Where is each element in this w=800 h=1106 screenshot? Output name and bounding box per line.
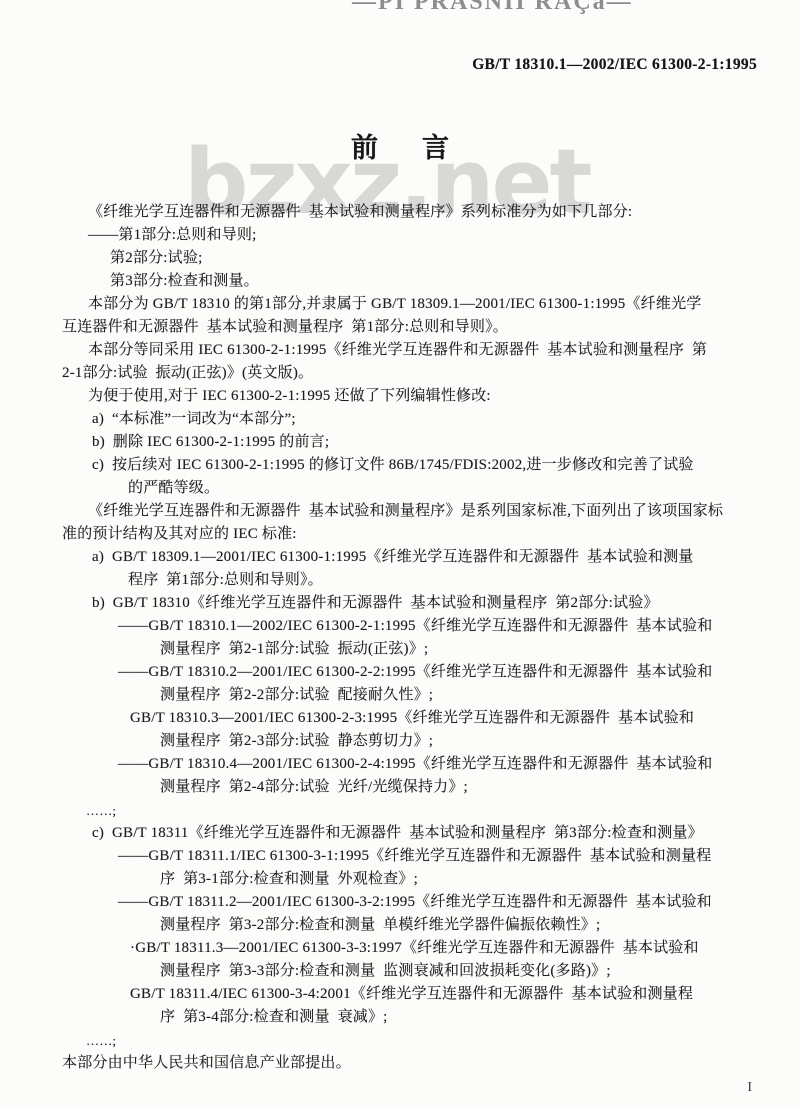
body-line: 第3部分:检查和测量。 (62, 270, 762, 293)
body-line: 本部分由中华人民共和国信息产业部提出。 (62, 1052, 762, 1075)
body-line: ——GB/T 18310.4—2001/IEC 61300-2-4:1995《纤… (62, 753, 762, 776)
body-line: 本部分等同采用 IEC 61300-2-1:1995《纤维光学互连器件和无源器件… (62, 339, 762, 362)
page-title: 前 言 (0, 126, 800, 165)
body-line: GB/T 18310.3—2001/IEC 61300-2-3:1995《纤维光… (62, 707, 762, 730)
body-line: a) “本标准”一词改为“本部分”; (62, 408, 762, 431)
body-line: 2-1部分:试验 振动(正弦)》(英文版)。 (62, 362, 762, 385)
body-line: ……; (62, 1029, 762, 1052)
document-page: —PI PRASNII RAÇa— GB/T 18310.1—2002/IEC … (0, 0, 800, 1106)
body-line: 测量程序 第3-3部分:检查和测量 监测衰减和回波损耗变化(多路)》; (62, 960, 762, 983)
body-line: 《纤维光学互连器件和无源器件 基本试验和测量程序》系列标准分为如下几部分: (62, 201, 762, 224)
body-line: 为便于使用,对于 IEC 61300-2-1:1995 还做了下列编辑性修改: (62, 385, 762, 408)
body-line: ——第1部分:总则和导则; (62, 224, 762, 247)
body-line: b) GB/T 18310《纤维光学互连器件和无源器件 基本试验和测量程序 第2… (62, 592, 762, 615)
body-line: 序 第3-4部分:检查和测量 衰减》; (62, 1006, 762, 1029)
body-line: 测量程序 第2-3部分:试验 静态剪切力》; (62, 730, 762, 753)
body-line: ——GB/T 18311.1/IEC 61300-3-1:1995《纤维光学互连… (62, 845, 762, 868)
page-number: I (747, 1080, 752, 1096)
body-line: 测量程序 第2-1部分:试验 振动(正弦)》; (62, 638, 762, 661)
body-line: a) GB/T 18309.1—2001/IEC 61300-1:1995《纤维… (62, 546, 762, 569)
body-line: b) 删除 IEC 61300-2-1:1995 的前言; (62, 431, 762, 454)
body-line: 测量程序 第2-4部分:试验 光纤/光缆保持力》; (62, 776, 762, 799)
body-line: 《纤维光学互连器件和无源器件 基本试验和测量程序》是系列国家标准,下面列出了该项… (62, 500, 762, 523)
foreword-body: 《纤维光学互连器件和无源器件 基本试验和测量程序》系列标准分为如下几部分: ——… (62, 201, 762, 1075)
top-cut-scan-text: —PI PRASNII RAÇa— (352, 0, 672, 16)
body-line: 测量程序 第3-2部分:检查和测量 单模纤维光学器件偏振依赖性》; (62, 914, 762, 937)
body-line: 第2部分:试验; (62, 247, 762, 270)
body-line: 准的预计结构及其对应的 IEC 标准: (62, 523, 762, 546)
body-line: 的严酷等级。 (62, 477, 762, 500)
body-line: c) GB/T 18311《纤维光学互连器件和无源器件 基本试验和测量程序 第3… (62, 822, 762, 845)
body-line: c) 按后续对 IEC 61300-2-1:1995 的修订文件 86B/174… (62, 454, 762, 477)
body-line: 本部分为 GB/T 18310 的第1部分,并隶属于 GB/T 18309.1—… (62, 293, 762, 316)
page-title-char-2: 言 (422, 126, 449, 165)
standard-number-header: GB/T 18310.1—2002/IEC 61300-2-1:1995 (472, 56, 757, 74)
body-line: ——GB/T 18311.2—2001/IEC 61300-3-2:1995《纤… (62, 891, 762, 914)
body-line: 互连器件和无源器件 基本试验和测量程序 第1部分:总则和导则》。 (62, 316, 762, 339)
body-line: ……; (62, 799, 762, 822)
body-line: 程序 第1部分:总则和导则》。 (62, 569, 762, 592)
body-line: ·GB/T 18311.3—2001/IEC 61300-3-3:1997《纤维… (62, 937, 762, 960)
body-line: GB/T 18311.4/IEC 61300-3-4:2001《纤维光学互连器件… (62, 983, 762, 1006)
page-title-char-1: 前 (351, 126, 378, 165)
body-line: ——GB/T 18310.2—2001/IEC 61300-2-2:1995《纤… (62, 661, 762, 684)
body-line: 序 第3-1部分:检查和测量 外观检查》; (62, 868, 762, 891)
body-line: 测量程序 第2-2部分:试验 配接耐久性》; (62, 684, 762, 707)
body-line: ——GB/T 18310.1—2002/IEC 61300-2-1:1995《纤… (62, 615, 762, 638)
